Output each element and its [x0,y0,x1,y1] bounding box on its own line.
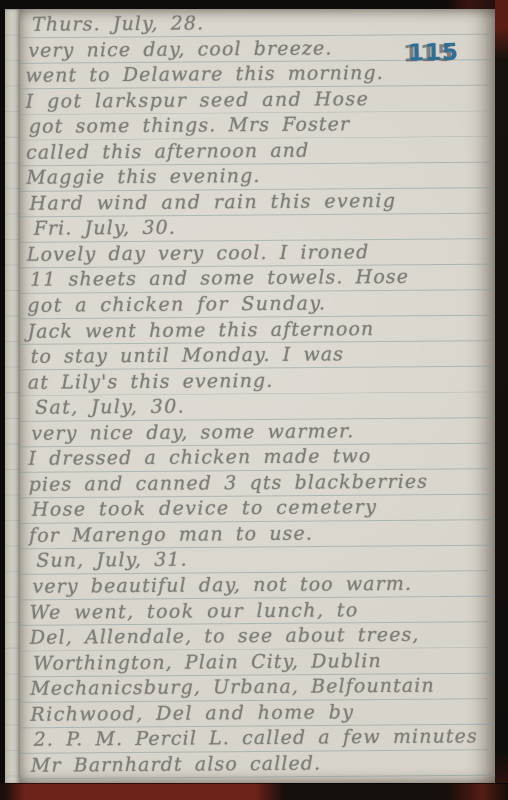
diary-line: 2. P. M. Percil L. called a few minutes [31,724,495,753]
diary-line: Richwood, Del and home by [30,699,495,728]
diary-line: at Lily's this evening. [28,367,495,396]
diary-line: Maggie this evening. [26,162,495,191]
diary-line: 11 sheets and some towels. Hose [27,265,495,294]
diary-text: Thurs. July, 28.very nice day, cool bree… [20,9,495,783]
diary-page: Thurs. July, 28.very nice day, cool bree… [20,9,495,783]
diary-line: very beautiful day, not too warm. [29,571,495,600]
diary-line: to stay until Monday. I was [28,341,495,370]
diary-line: Sat, July, 30. [28,392,495,421]
page-number-stamp: 115 [408,40,459,67]
diary-line: Jack went home this afternoon [27,316,495,345]
diary-line: Hose took device to cemetery [29,494,495,523]
diary-line: Lovely day very cool. I ironed [27,239,495,268]
diary-line: I dressed a chicken made two [28,443,495,472]
diary-line: called this afternoon and [26,137,495,166]
diary-line: pies and canned 3 qts blackberries [29,469,495,498]
diary-line: Mechanicsburg, Urbana, Belfountain [30,673,495,702]
diary-line: I got larkspur seed and Hose [26,86,495,115]
diary-line: very nice day, some warmer. [28,418,495,447]
diary-line: got some things. Mrs Foster [26,111,495,140]
diary-line: Sun, July, 31. [29,546,495,575]
diary-line: Fri. July, 30. [27,213,495,242]
diary-line: Hard wind and rain this evenig [26,188,495,217]
diary-line: Thurs. July, 28. [25,9,495,38]
book-cover-right-edge [495,0,508,800]
diary-photo: Thurs. July, 28.very nice day, cool bree… [0,0,508,800]
diary-line: Mr Barnhardt also called. [31,750,495,779]
diary-line: We went, took our lunch, to [30,597,495,626]
book-cover-bottom-edge [0,783,508,800]
diary-line: got a chicken for Sunday. [27,290,495,319]
diary-line: Worthington, Plain City, Dublin [30,648,495,677]
diary-line: Del, Allendale, to see about trees, [30,622,495,651]
book-cover-top-edge [0,0,508,9]
previous-page-edge [5,9,20,784]
diary-line: for Marengo man to use. [29,520,495,549]
